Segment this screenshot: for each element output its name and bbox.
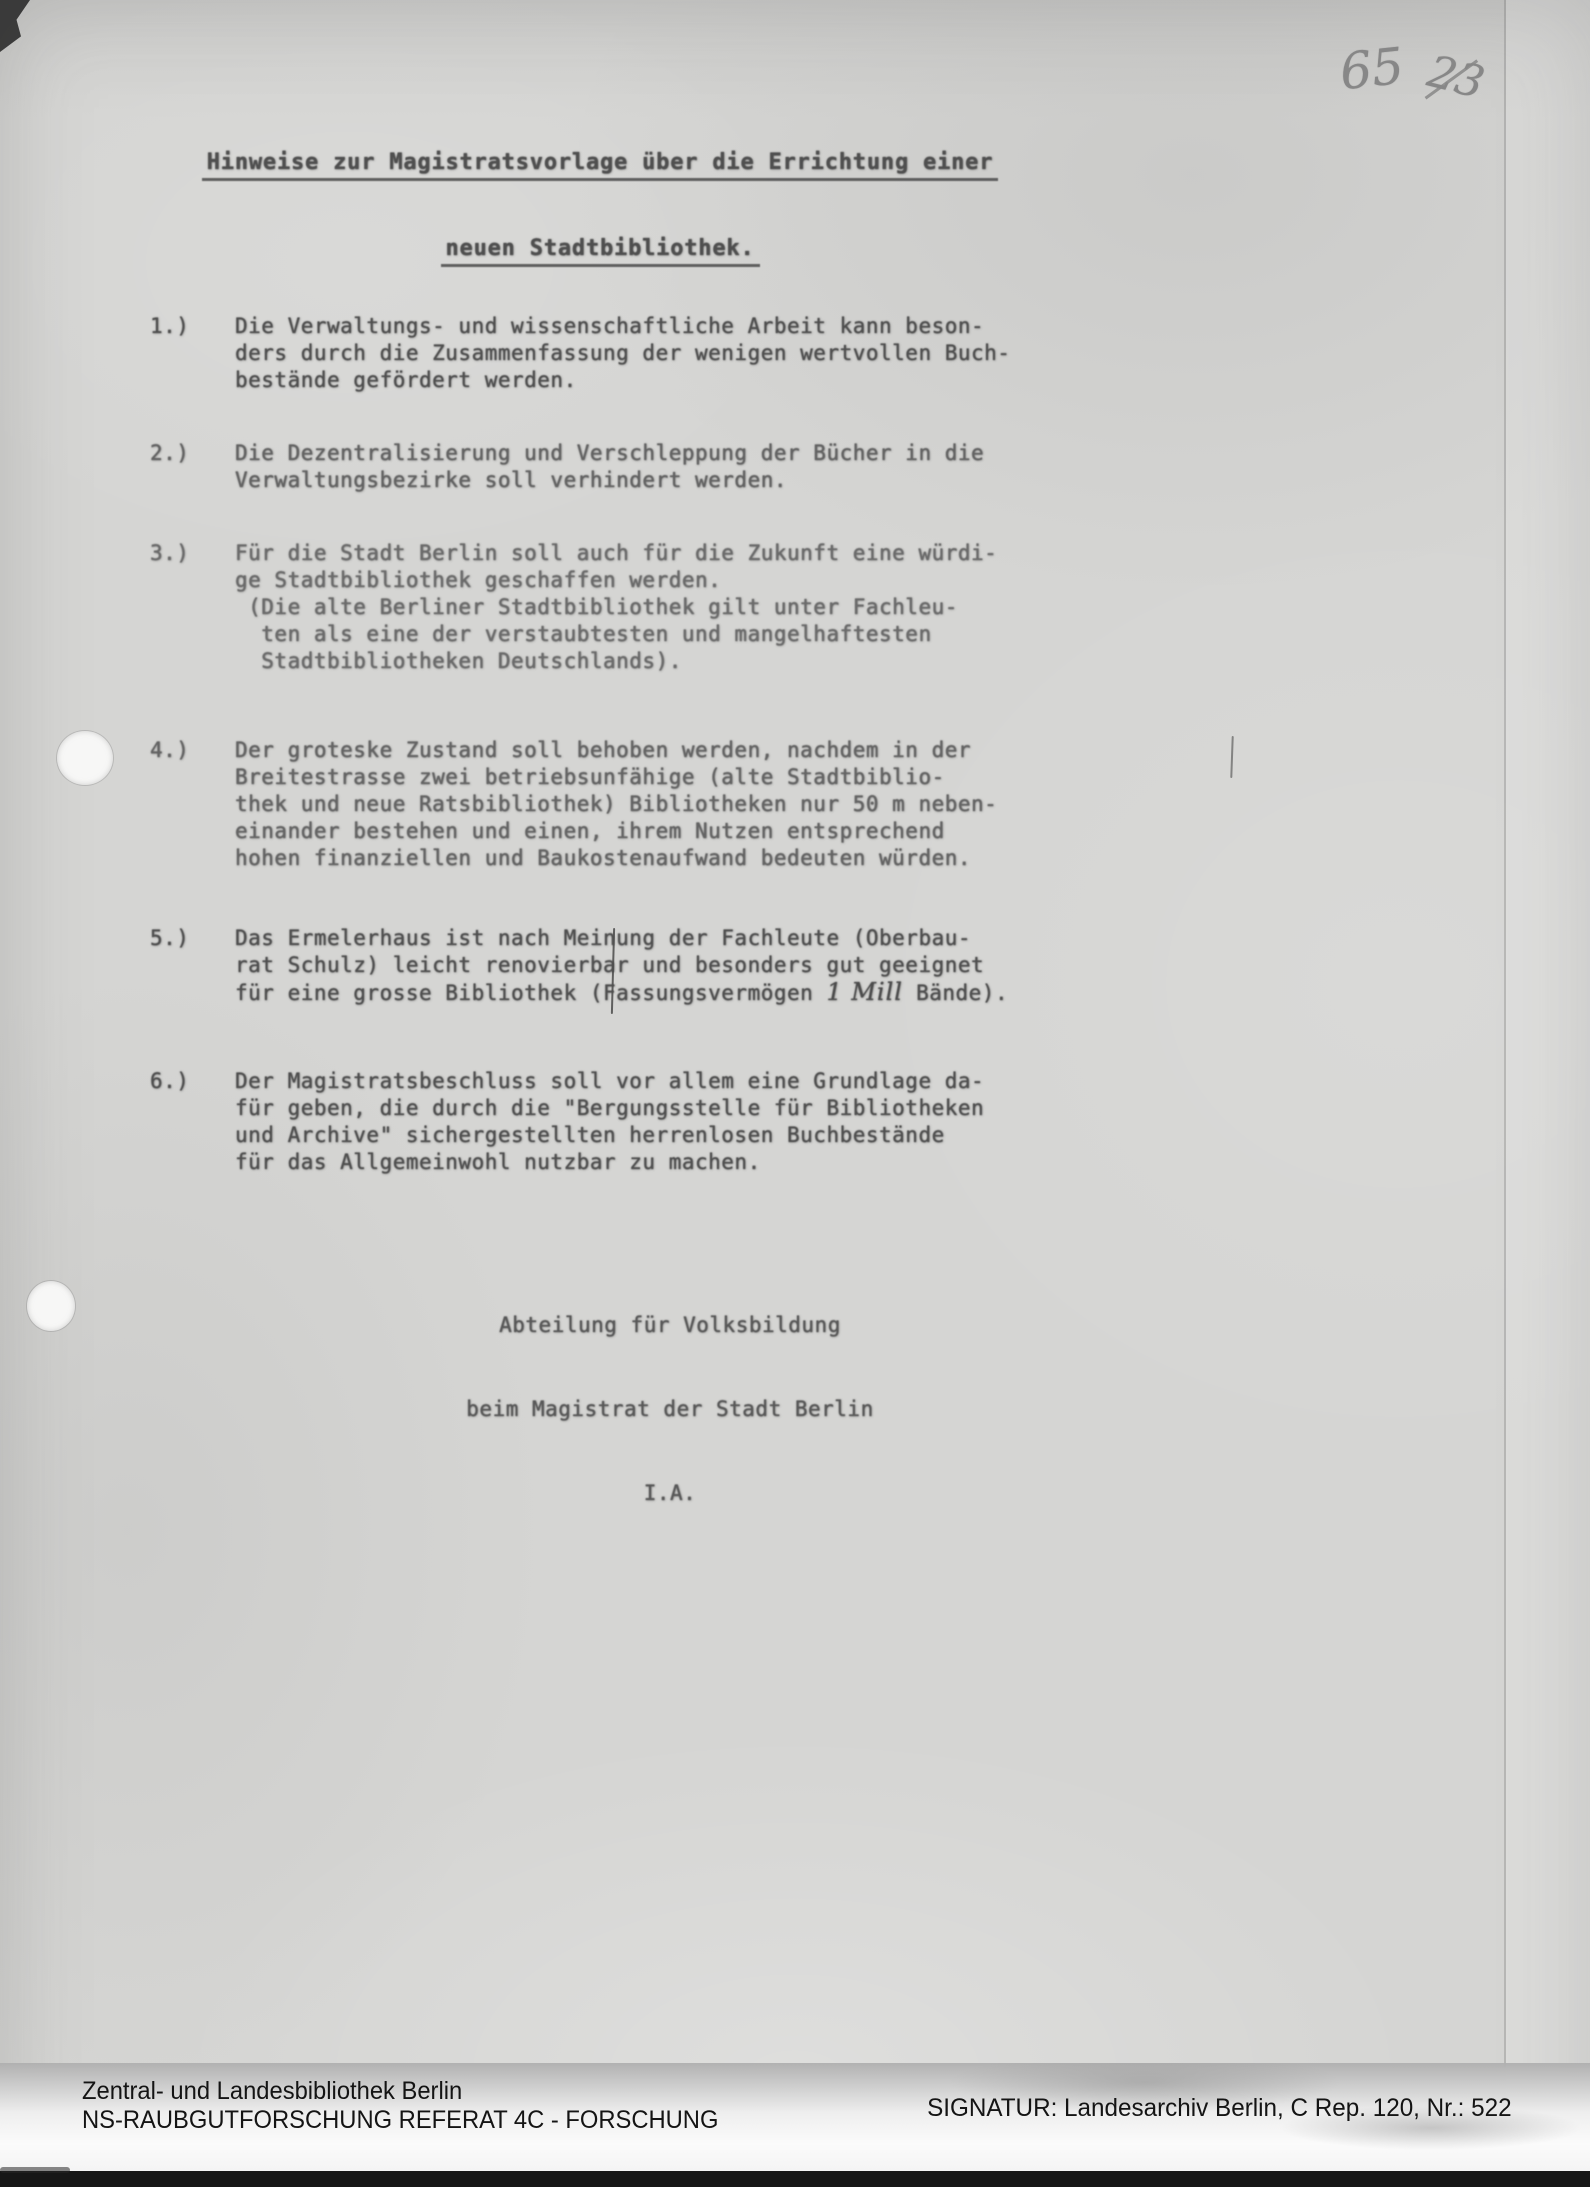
footer-band: Zentral- und Landesbibliothek Berlin NS-… [0, 2063, 1590, 2171]
item-number: 1.) [150, 313, 235, 394]
text-line: ders durch die Zusammenfassung der wenig… [235, 340, 1010, 367]
text-line: rat Schulz) leicht renovierbar und beson… [235, 952, 1008, 979]
scan-bottom-edge [0, 2171, 1590, 2187]
punch-hole [57, 731, 113, 785]
text-line: hohen finanziellen und Baukostenaufwand … [235, 845, 997, 872]
paper-edge-strip [1506, 0, 1590, 2187]
text-line: Stadtbibliotheken Deutschlands). [235, 648, 997, 675]
list-item: 5.)Das Ermelerhaus ist nach Meinung der … [150, 925, 1010, 1007]
list-item: 3.)Für die Stadt Berlin soll auch für di… [150, 540, 1010, 675]
item-text: Das Ermelerhaus ist nach Meinung der Fac… [235, 925, 1008, 1007]
archive-org-label: Zentral- und Landesbibliothek Berlin NS-… [82, 2077, 718, 2135]
handwritten-page-number: 65 [1337, 37, 1406, 101]
closing-line: Abteilung für Volksbildung [430, 1311, 910, 1339]
list-item: 1.)Die Verwaltungs- und wissenschaftlich… [150, 313, 1010, 394]
text-line: Der Magistratsbeschluss soll vor allem e… [235, 1068, 984, 1095]
list-item: 6.)Der Magistratsbeschluss soll vor alle… [150, 1068, 1010, 1176]
org-line-2: NS-RAUBGUTFORSCHUNG REFERAT 4C - FORSCHU… [82, 2106, 718, 2135]
text-line: für geben, die durch die "Bergungsstelle… [235, 1095, 984, 1122]
item-number: 3.) [150, 540, 235, 675]
punch-hole [27, 1281, 75, 1331]
title-line-2: neuen Stadtbibliothek. [441, 236, 760, 267]
text-line: Verwaltungsbezirke soll verhindert werde… [235, 467, 984, 494]
scan-corner-artifact [0, 0, 30, 52]
item-text: Der groteske Zustand soll behoben werden… [235, 737, 997, 872]
item-text: Für die Stadt Berlin soll auch für die Z… [235, 540, 997, 675]
text-line: Die Verwaltungs- und wissenschaftliche A… [235, 313, 1010, 340]
text-line: Für die Stadt Berlin soll auch für die Z… [235, 540, 997, 567]
document-title: Hinweise zur Magistratsvorlage über die … [0, 112, 1200, 305]
list-item: 2.)Die Dezentralisierung und Verschleppu… [150, 440, 1010, 494]
text-line: für das Allgemeinwohl nutzbar zu machen. [235, 1149, 984, 1176]
text-line: einander bestehen und einen, ihrem Nutze… [235, 818, 997, 845]
list-item: 4.)Der groteske Zustand soll behoben wer… [150, 737, 1010, 872]
text-line: thek und neue Ratsbibliothek) Bibliothek… [235, 791, 997, 818]
closing-line: I.A. [430, 1479, 910, 1507]
text-line: bestände gefördert werden. [235, 367, 1010, 394]
item-text: Die Dezentralisierung und Verschleppung … [235, 440, 984, 494]
text-line: ten als eine der verstaubtesten und mang… [235, 621, 997, 648]
title-line-1: Hinweise zur Magistratsvorlage über die … [202, 150, 999, 181]
text-line: (Die alte Berliner Stadtbibliothek gilt … [235, 594, 997, 621]
item-text: Die Verwaltungs- und wissenschaftliche A… [235, 313, 1010, 394]
handwritten-annotation: 1 Mill [826, 978, 903, 1006]
item-text: Der Magistratsbeschluss soll vor allem e… [235, 1068, 984, 1176]
text-line: und Archive" sichergestellten herrenlose… [235, 1122, 984, 1149]
text-line: Der groteske Zustand soll behoben werden… [235, 737, 997, 764]
item-number: 5.) [150, 925, 235, 1007]
handwritten-page-number-struck: 23 [1423, 46, 1490, 109]
item-number: 2.) [150, 440, 235, 494]
text-line: ge Stadtbibliothek geschaffen werden. [235, 567, 997, 594]
scanned-document-page: 65 23 Hinweise zur Magistratsvorlage übe… [0, 0, 1590, 2187]
signature-label: SIGNATUR: Landesarchiv Berlin, C Rep. 12… [927, 2094, 1512, 2123]
pen-mark [1230, 736, 1233, 778]
items-list: 1.)Die Verwaltungs- und wissenschaftlich… [150, 313, 1010, 1176]
text-line: Die Dezentralisierung und Verschleppung … [235, 440, 984, 467]
text-line: für eine grosse Bibliothek (Fassungsverm… [235, 979, 1008, 1007]
closing-block: Abteilung für Volksbildung beim Magistra… [430, 1255, 910, 1563]
item-number: 4.) [150, 737, 235, 872]
org-line-1: Zentral- und Landesbibliothek Berlin [82, 2077, 718, 2106]
paper-edge-line [1504, 0, 1506, 2067]
item-number: 6.) [150, 1068, 235, 1176]
text-line: Breitestrasse zwei betriebsunfähige (alt… [235, 764, 997, 791]
text-line: Das Ermelerhaus ist nach Meinung der Fac… [235, 925, 1008, 952]
closing-line: beim Magistrat der Stadt Berlin [430, 1395, 910, 1423]
